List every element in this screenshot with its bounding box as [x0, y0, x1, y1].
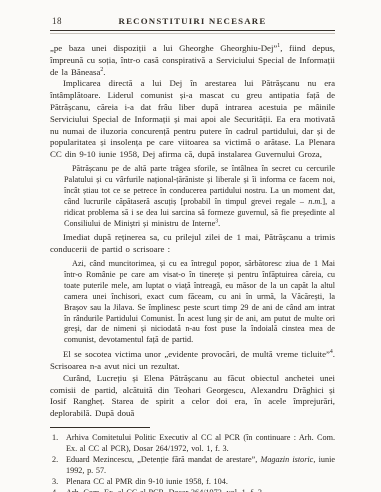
block-quote: Azi, când muncitorimea, și cu ea întregu… [64, 259, 335, 346]
footnote: 4.Arh. Com. Ex. al CC al PCR, Dosar 264/… [50, 487, 335, 492]
running-head: RECONSTITUIRI NECESARE [50, 16, 335, 26]
page-number: 18 [52, 16, 62, 26]
paragraph: „pe baza unei dispoziții a lui Gheorghe … [50, 43, 335, 78]
footnote: 1.Arhiva Comitetului Politic Executiv al… [50, 432, 335, 454]
footnote-number: 4. [52, 487, 58, 492]
footnote-text: Eduard Mezincescu, „Detenție fără mandat… [66, 455, 335, 475]
footnote-number: 3. [52, 476, 58, 487]
footnote: 3.Plenara CC al PMR din 9-10 iunie 1958,… [50, 476, 335, 487]
page-body: „pe baza unei dispoziții a lui Gheorghe … [50, 43, 335, 420]
footnote-text: Plenara CC al PMR din 9-10 iunie 1958, f… [66, 477, 228, 486]
footnote-text: Arh. Com. Ex. al CC al PCR, Dosar 264/19… [66, 488, 264, 492]
paragraph: El se socotea victima unor „evidente pro… [50, 349, 335, 373]
footnote: 2.Eduard Mezincescu, „Detenție fără mand… [50, 454, 335, 476]
block-quote: Pătrășcanu pe de altă parte trăgea sfori… [64, 164, 335, 229]
book-page: 18 RECONSTITUIRI NECESARE „pe baza unei … [0, 0, 381, 492]
footnote-number: 2. [52, 454, 58, 465]
footnote-rule [50, 427, 150, 428]
header-rule [50, 30, 335, 34]
footnotes: 1.Arhiva Comitetului Politic Executiv al… [50, 432, 335, 492]
footnote-number: 1. [52, 432, 58, 443]
paragraph: Imediat după reținerea sa, cu prilejul z… [50, 232, 335, 256]
paragraph: Curând, Lucrețiu și Elena Pătrășcanu au … [50, 373, 335, 420]
page-header: 18 RECONSTITUIRI NECESARE [50, 16, 335, 28]
paragraph: Implicarea directă a lui Dej în arestare… [50, 78, 335, 161]
footnote-text: Arhiva Comitetului Politic Executiv al C… [66, 433, 335, 453]
